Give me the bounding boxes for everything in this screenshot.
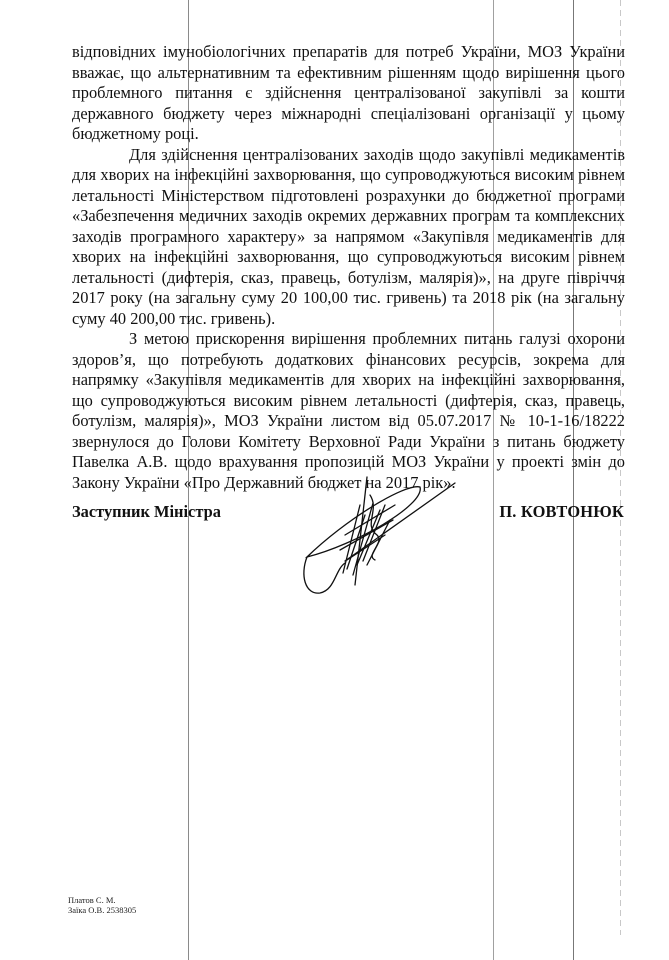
signatory-name: П. КОВТОНЮК <box>499 502 624 522</box>
executor-line-2: Заїка О.В. 2538305 <box>68 905 136 915</box>
executor-line-1: Платов С. М. <box>68 895 136 905</box>
signatory-title: Заступник Міністра <box>72 502 221 522</box>
paragraph-2: Для здійснення централізованих заходів щ… <box>72 145 625 330</box>
paragraph-1: відповідних імунобіологічних препаратів … <box>72 42 625 145</box>
letter-body: відповідних імунобіологічних препаратів … <box>72 42 625 493</box>
executor-note: Платов С. М. Заїка О.В. 2538305 <box>68 895 136 915</box>
handwritten-signature-icon <box>285 465 465 600</box>
